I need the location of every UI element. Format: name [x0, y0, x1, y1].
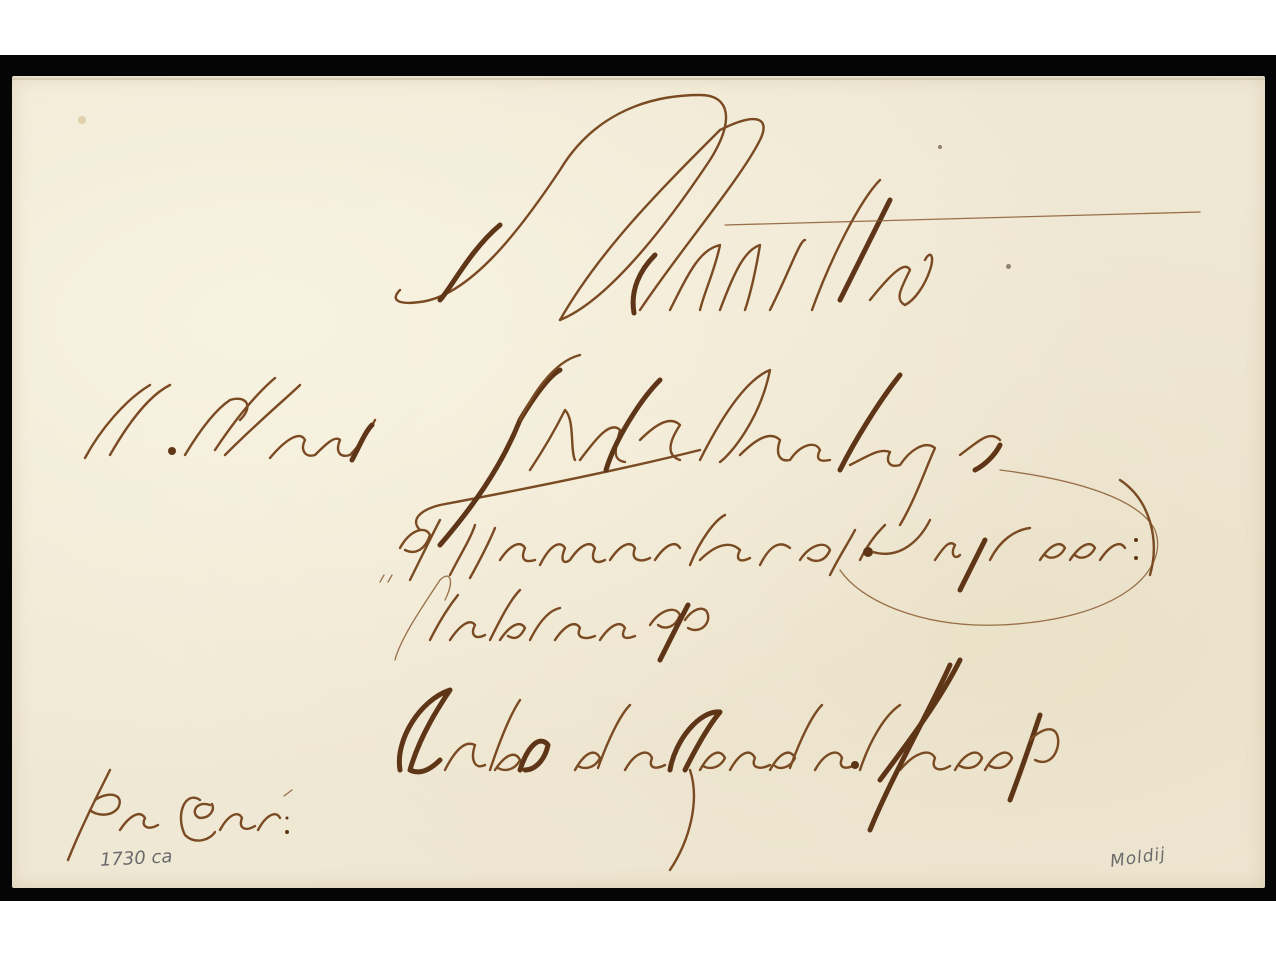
pencil-date-note: 1730 ca: [100, 846, 173, 871]
kalenberg-script: [416, 355, 1158, 625]
handwriting-ink: [0, 0, 1276, 956]
schoten-script: [380, 575, 708, 660]
oppermeester-script: [400, 515, 1138, 590]
cabo-script: [399, 660, 1058, 870]
monsieur-script: [396, 95, 1200, 320]
per-cour-script: [68, 770, 292, 860]
heer-script: [85, 378, 375, 460]
